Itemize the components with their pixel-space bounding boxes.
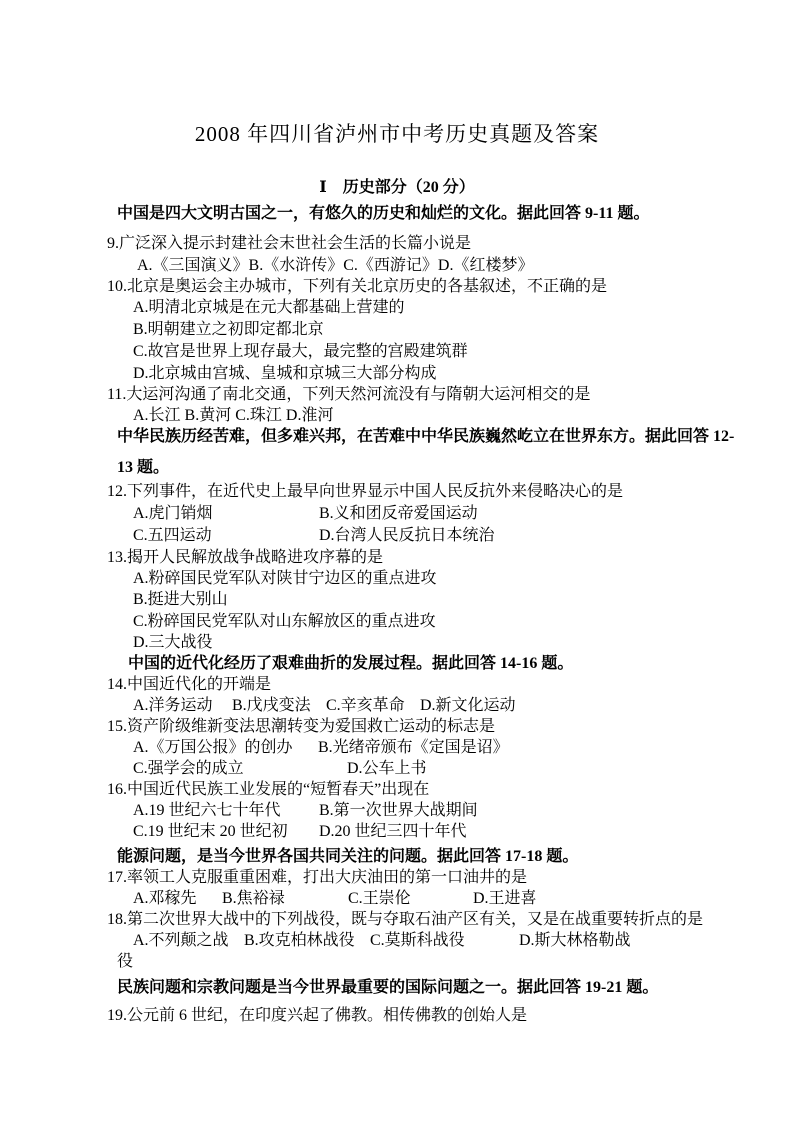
question-15-stem: 15.资产阶级维新变法思潮转变为爱国救亡运动的标志是: [107, 716, 794, 737]
question-12-option-c: C.五四运动: [133, 525, 315, 546]
question-15-options-row-2: C.强学会的成立 D.公车上书: [133, 758, 794, 779]
question-13-option-b: B.挺进大别山: [133, 589, 794, 610]
question-10-stem: 10.北京是奥运会主办城市，下列有关北京历史的各基叙述，不正确的是: [107, 276, 794, 297]
question-10-option-c: C.故宫是世界上现存最大，最完整的宫殿建筑群: [133, 341, 794, 362]
question-12-options-row-1: A.虎门销烟 B.义和团反帝爱国运动: [133, 503, 794, 524]
question-17-option-a: A.邓稼先: [133, 888, 218, 909]
passage-intro-12-13-line1: 中华民族历经苦难，但多难兴邦，在苦难中中华民族巍然屹立在世界东方。据此回答 12…: [117, 426, 794, 447]
question-15-option-d: D.公车上书: [347, 758, 427, 779]
question-10-option-a: A.明清北京城是在元大都基础上营建的: [133, 297, 794, 318]
passage-intro-19-21: 民族问题和宗教问题是当今世界最重要的国际问题之一。据此回答 19-21 题。: [117, 977, 794, 998]
question-16-options-row-2: C.19 世纪末 20 世纪初 D.20 世纪三四十年代: [133, 821, 794, 842]
question-18-stem: 18.第二次世界大战中的下列战役，既与夺取石油产区有关，又是在战重要转折点的是: [107, 909, 794, 930]
question-17-option-c: C.王崇伦: [348, 888, 469, 909]
question-13-option-d: D.三大战役: [133, 632, 794, 653]
question-18-option-d-wrap: 役: [117, 951, 794, 972]
question-11-options: A.长江 B.黄河 C.珠江 D.淮河: [133, 405, 794, 426]
question-12-option-d: D.台湾人民反抗日本统治: [319, 525, 495, 546]
question-13-option-a: A.粉碎国民党军队对陕甘宁边区的重点进攻: [133, 568, 794, 589]
question-16-stem: 16.中国近代民族工业发展的“短暂春天”出现在: [107, 779, 794, 800]
passage-intro-12-13-line2: 13 题。: [117, 457, 794, 478]
section-heading: Ⅰ 历史部分（20 分）: [0, 177, 794, 198]
question-18-option-b: B.攻克柏林战役: [244, 930, 366, 951]
doc-title: 2008 年四川省泸州市中考历史真题及答案: [0, 122, 794, 146]
question-11-stem: 11.大运河沟通了南北交通，下列天然河流没有与隋朝大运河相交的是: [107, 384, 794, 405]
question-16-option-a: A.19 世纪六七十年代: [133, 800, 315, 821]
question-14-option-c: C.辛亥革命: [326, 695, 416, 716]
question-18-option-c: C.莫斯科战役: [370, 930, 515, 951]
question-19-stem: 19.公元前 6 世纪，在印度兴起了佛教。相传佛教的创始人是: [107, 1005, 794, 1026]
question-16-options-row-1: A.19 世纪六七十年代 B.第一次世界大战期间: [133, 800, 794, 821]
question-18-option-d: D.斯大林格勒战: [519, 930, 631, 951]
question-14-option-a: A.洋务运动: [133, 695, 228, 716]
question-14-stem: 14.中国近代化的开端是: [107, 674, 794, 695]
question-14-option-b: B.戊戌变法: [232, 695, 322, 716]
question-16-option-b: B.第一次世界大战期间: [319, 800, 478, 821]
question-14-options-row: A.洋务运动 B.戊戌变法 C.辛亥革命 D.新文化运动: [133, 695, 794, 716]
passage-intro-17-18: 能源问题，是当今世界各国共同关注的问题。据此回答 17-18 题。: [117, 846, 794, 867]
passage-intro-9-11: 中国是四大文明古国之一，有悠久的历史和灿烂的文化。据此回答 9-11 题。: [117, 203, 794, 224]
question-18-options-row: A.不列颠之战 B.攻克柏林战役 C.莫斯科战役 D.斯大林格勒战: [133, 930, 794, 951]
question-10-option-b: B.明朝建立之初即定都北京: [133, 319, 794, 340]
question-17-stem: 17.率领工人克服重重困难，打出大庆油田的第一口油井的是: [107, 867, 794, 888]
question-15-option-c: C.强学会的成立: [133, 758, 343, 779]
passage-intro-14-16: 中国的近代化经历了艰难曲折的发展过程。据此回答 14-16 题。: [128, 653, 794, 674]
question-15-option-a: A.《万国公报》的创办: [133, 737, 314, 758]
question-12-option-a: A.虎门销烟: [133, 503, 315, 524]
question-12-option-b: B.义和团反帝爱国运动: [319, 503, 478, 524]
question-18-option-a: A.不列颠之战: [133, 930, 240, 951]
question-17-option-d: D.王进喜: [473, 888, 537, 909]
exam-document-page: 2008 年四川省泸州市中考历史真题及答案 Ⅰ 历史部分（20 分） 中国是四大…: [0, 0, 794, 1123]
question-15-option-b: B.光绪帝颁布《定国是诏》: [318, 737, 509, 758]
question-17-option-b: B.焦裕禄: [222, 888, 344, 909]
question-16-option-c: C.19 世纪末 20 世纪初: [133, 821, 315, 842]
question-14-option-d: D.新文化运动: [420, 695, 516, 716]
question-13-option-c: C.粉碎国民党军队对山东解放区的重点进攻: [133, 611, 794, 632]
question-13-stem: 13.揭开人民解放战争战略进攻序幕的是: [107, 547, 794, 568]
question-10-option-d: D.北京城由宫城、皇城和京城三大部分构成: [133, 363, 794, 384]
question-16-option-d: D.20 世纪三四十年代: [319, 821, 467, 842]
question-17-options-row: A.邓稼先 B.焦裕禄 C.王崇伦 D.王进喜: [133, 888, 794, 909]
question-12-stem: 12.下列事件，在近代史上最早向世界显示中国人民反抗外来侵略决心的是: [107, 481, 794, 502]
question-12-options-row-2: C.五四运动 D.台湾人民反抗日本统治: [133, 525, 794, 546]
question-15-options-row-1: A.《万国公报》的创办 B.光绪帝颁布《定国是诏》: [133, 737, 794, 758]
question-9-stem: 9.广泛深入提示封建社会末世社会生活的长篇小说是: [107, 233, 794, 254]
question-9-options: A.《三国演义》B.《水浒传》C.《西游记》D.《红楼梦》: [137, 255, 794, 276]
